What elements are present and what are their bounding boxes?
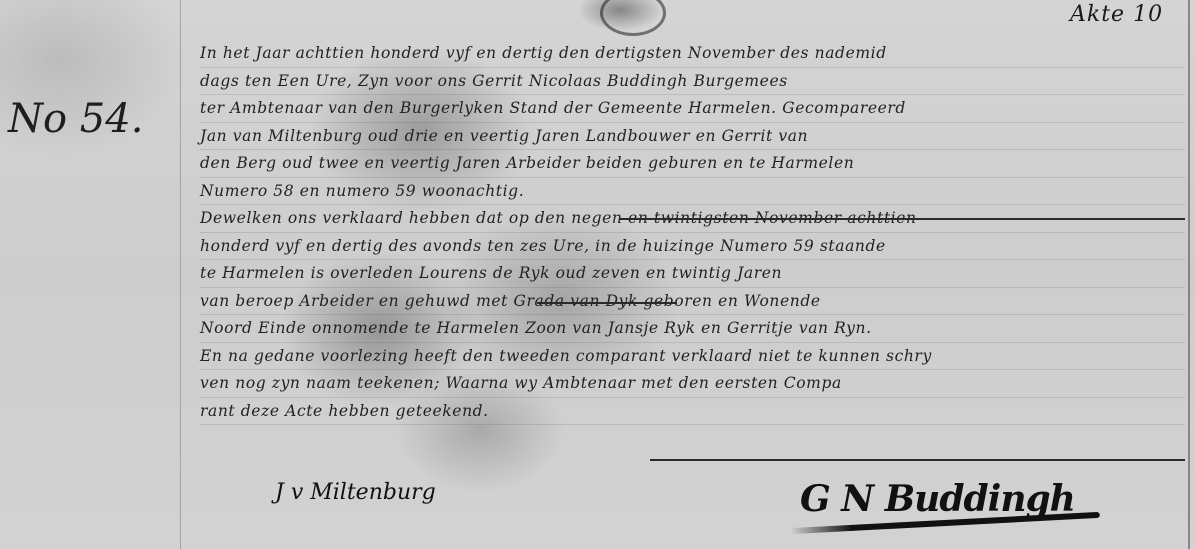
official-signature: G N Buddingh — [800, 478, 1075, 520]
record-line: Jan van Miltenburg oud drie en veertig J… — [200, 123, 1185, 151]
record-line: In het Jaar achttien honderd vyf en dert… — [200, 40, 1185, 68]
document-page: Akte 10 No 54. In het Jaar achttien hond… — [0, 0, 1195, 549]
record-line: ter Ambtenaar van den Burgerlyken Stand … — [200, 95, 1185, 123]
act-number: No 54. — [8, 96, 143, 142]
name-underline — [537, 302, 677, 304]
section-rule — [620, 218, 1185, 220]
margin-rule — [180, 0, 181, 549]
witness-signature: J v Miltenburg — [275, 480, 436, 505]
record-line: Noord Einde onnomende te Harmelen Zoon v… — [200, 315, 1185, 343]
record-line: den Berg oud twee en veertig Jaren Arbei… — [200, 150, 1185, 178]
record-line: van beroep Arbeider en gehuwd met Grada … — [200, 288, 1185, 316]
record-line: honderd vyf en dertig des avonds ten zes… — [200, 233, 1185, 261]
record-body: In het Jaar achttien honderd vyf en dert… — [200, 40, 1185, 425]
record-line: dags ten Een Ure, Zyn voor ons Gerrit Ni… — [200, 68, 1185, 96]
seal-mark — [600, 0, 666, 36]
record-line: ven nog zyn naam teekenen; Waarna wy Amb… — [200, 370, 1185, 398]
record-line: Numero 58 en numero 59 woonachtig. — [200, 178, 1185, 206]
record-line: rant deze Acte hebben geteekend. — [200, 398, 1185, 426]
page-edge — [1188, 0, 1190, 549]
page-number: Akte 10 — [1070, 2, 1163, 27]
closing-rule — [650, 459, 1185, 461]
record-line: te Harmelen is overleden Lourens de Ryk … — [200, 260, 1185, 288]
record-line: En na gedane voorlezing heeft den tweede… — [200, 343, 1185, 371]
